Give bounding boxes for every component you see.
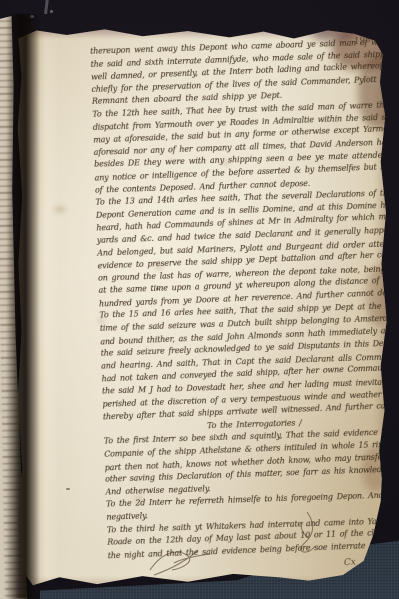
manuscript-photograph: 195 thereupon went away this Depont who … — [0, 0, 399, 599]
notary-paraph-flourish-icon — [144, 546, 222, 578]
pen-descender-flourish-icon — [293, 510, 319, 556]
dust-speck — [50, 10, 53, 13]
gutter-shadow — [6, 14, 40, 599]
clamp-edge — [44, 0, 49, 14]
corner-mark: Cx — [344, 558, 357, 569]
paragraph-answer-13-14: To the 13 and 14th arles hee saith, That… — [95, 186, 399, 310]
paragraph-answer-interr-1: To the first Interr so bee sixth and squ… — [104, 426, 399, 499]
manuscript-page: 195 thereupon went away this Depont who … — [14, 26, 392, 592]
ink-spot — [66, 488, 70, 490]
manuscript-text: thereupon went away this Depont who came… — [90, 35, 399, 562]
paragraph-continuation: thereupon went away this Depont who came… — [90, 35, 394, 108]
paragraph-answer-12: To the 12th hee saith, That hee by trust… — [92, 98, 397, 197]
foxing-spot — [54, 206, 66, 213]
paragraph-answer-15-16: To the 15 and 16 arles hee saith, That t… — [99, 300, 399, 424]
